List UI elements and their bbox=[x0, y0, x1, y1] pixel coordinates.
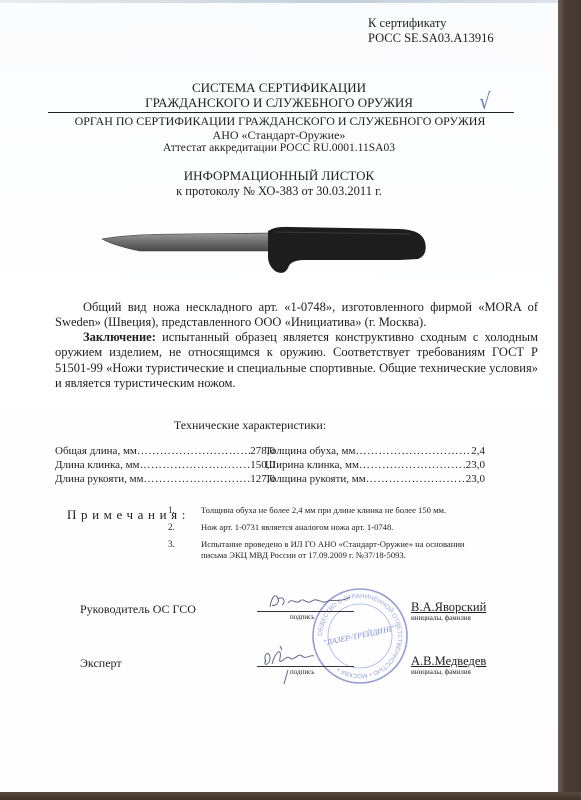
spec-label: Длина рукояти, мм bbox=[55, 472, 144, 486]
organ-title: ОРГАН ПО СЕРТИФИКАЦИИ ГРАЖДАНСКОГО И СЛУ… bbox=[40, 114, 520, 129]
accreditation: Аттестат аккредитации РОСС RU.0001.11SA0… bbox=[0, 142, 558, 154]
signature-caption: подпись bbox=[290, 613, 314, 621]
note-item: 2. Нож арт. 1-0731 является аналогом нож… bbox=[168, 522, 488, 533]
note-number: 2. bbox=[168, 522, 201, 533]
signer-role-expert: Эксперт bbox=[80, 656, 122, 671]
specs-left-column: Общая длина, мм278,0 Длина клинка, мм150… bbox=[55, 444, 275, 486]
spec-row: Толщина обуха, мм2,4 bbox=[265, 444, 485, 458]
spec-row: Толщина рукояти, мм23,0 bbox=[265, 472, 485, 486]
document-title: ИНФОРМАЦИОННЫЙ ЛИСТОК bbox=[0, 168, 558, 184]
system-title-line1: СИСТЕМА СЕРТИФИКАЦИИ bbox=[0, 80, 558, 96]
organ-name: АНО «Стандарт-Оружие» bbox=[0, 128, 558, 143]
protocol-reference: к протоколу № ХО-383 от 30.03.2011 г. bbox=[0, 184, 558, 199]
note-item: 3. Испытание проведено в ИЛ ГО АНО «Стан… bbox=[168, 539, 488, 561]
scan-background-bottom bbox=[0, 792, 581, 800]
spec-label: Толщина рукояти, мм bbox=[265, 472, 366, 486]
name-caption: инициалы, фамилия bbox=[411, 668, 471, 676]
signer-role-head: Руководитель ОС ГСО bbox=[80, 602, 196, 617]
note-text: Нож арт. 1-0731 является аналогом ножа а… bbox=[201, 522, 488, 533]
spec-row: Длина клинка, мм150,0 bbox=[55, 458, 275, 472]
conclusion-paragraph: Заключение: испытанный образец является … bbox=[55, 330, 538, 391]
description-text: Общий вид ножа нескладного арт. «1-0748»… bbox=[55, 300, 538, 329]
system-title-line2: ГРАЖДАНСКОГО И СЛУЖЕБНОГО ОРУЖИЯ bbox=[0, 95, 558, 111]
description-paragraph: Общий вид ножа нескладного арт. «1-0748»… bbox=[55, 300, 538, 331]
scan-edge-shade bbox=[0, 0, 558, 3]
name-caption: инициалы, фамилия bbox=[411, 614, 471, 622]
spec-value: 23,0 bbox=[466, 458, 485, 472]
document-page: К сертификату РОСС SE.SA03.A13916 СИСТЕМ… bbox=[0, 0, 558, 792]
signer-name-expert: А.В.Медведев bbox=[411, 654, 486, 669]
signature-yavorsky-icon bbox=[262, 589, 357, 613]
spec-label: Ширина клинка, мм bbox=[265, 458, 359, 472]
certificate-reference: К сертификату РОСС SE.SA03.A13916 bbox=[368, 16, 494, 46]
spec-label: Толщина обуха, мм bbox=[265, 444, 355, 458]
conclusion-label: Заключение: bbox=[83, 330, 156, 344]
specs-title: Технические характеристики: bbox=[0, 418, 500, 433]
knife-photo-icon bbox=[100, 222, 465, 282]
certificate-ref-label: К сертификату bbox=[368, 16, 494, 31]
notes-list: 1. Толщина обуха не более 2,4 мм при дли… bbox=[168, 505, 488, 567]
spec-label: Общая длина, мм bbox=[55, 444, 137, 458]
scan-background-right bbox=[558, 0, 581, 800]
certificate-ref-number: РОСС SE.SA03.A13916 bbox=[368, 31, 494, 46]
note-text: Толщина обуха не более 2,4 мм при длине … bbox=[201, 505, 488, 516]
note-item: 1. Толщина обуха не более 2,4 мм при дли… bbox=[168, 505, 488, 516]
specs-right-column: Толщина обуха, мм2,4 Ширина клинка, мм23… bbox=[265, 444, 485, 486]
signature-caption: подпись bbox=[290, 668, 314, 676]
signer-name-head: В.А.Яворский bbox=[411, 600, 486, 615]
spec-value: 23,0 bbox=[466, 472, 485, 486]
signature-line bbox=[257, 666, 354, 667]
note-number: 1. bbox=[168, 505, 201, 516]
spec-row: Ширина клинка, мм23,0 bbox=[265, 458, 485, 472]
spec-label: Длина клинка, мм bbox=[55, 458, 140, 472]
signature-line bbox=[257, 611, 354, 612]
signature-medvedev-icon bbox=[258, 640, 350, 685]
spec-value: 2,4 bbox=[471, 444, 485, 458]
spec-row: Общая длина, мм278,0 bbox=[55, 444, 275, 458]
spec-row: Длина рукояти, мм127,0 bbox=[55, 472, 275, 486]
header-divider bbox=[48, 112, 514, 113]
note-number: 3. bbox=[168, 539, 201, 561]
note-text: Испытание проведено в ИЛ ГО АНО «Стандар… bbox=[201, 539, 488, 561]
